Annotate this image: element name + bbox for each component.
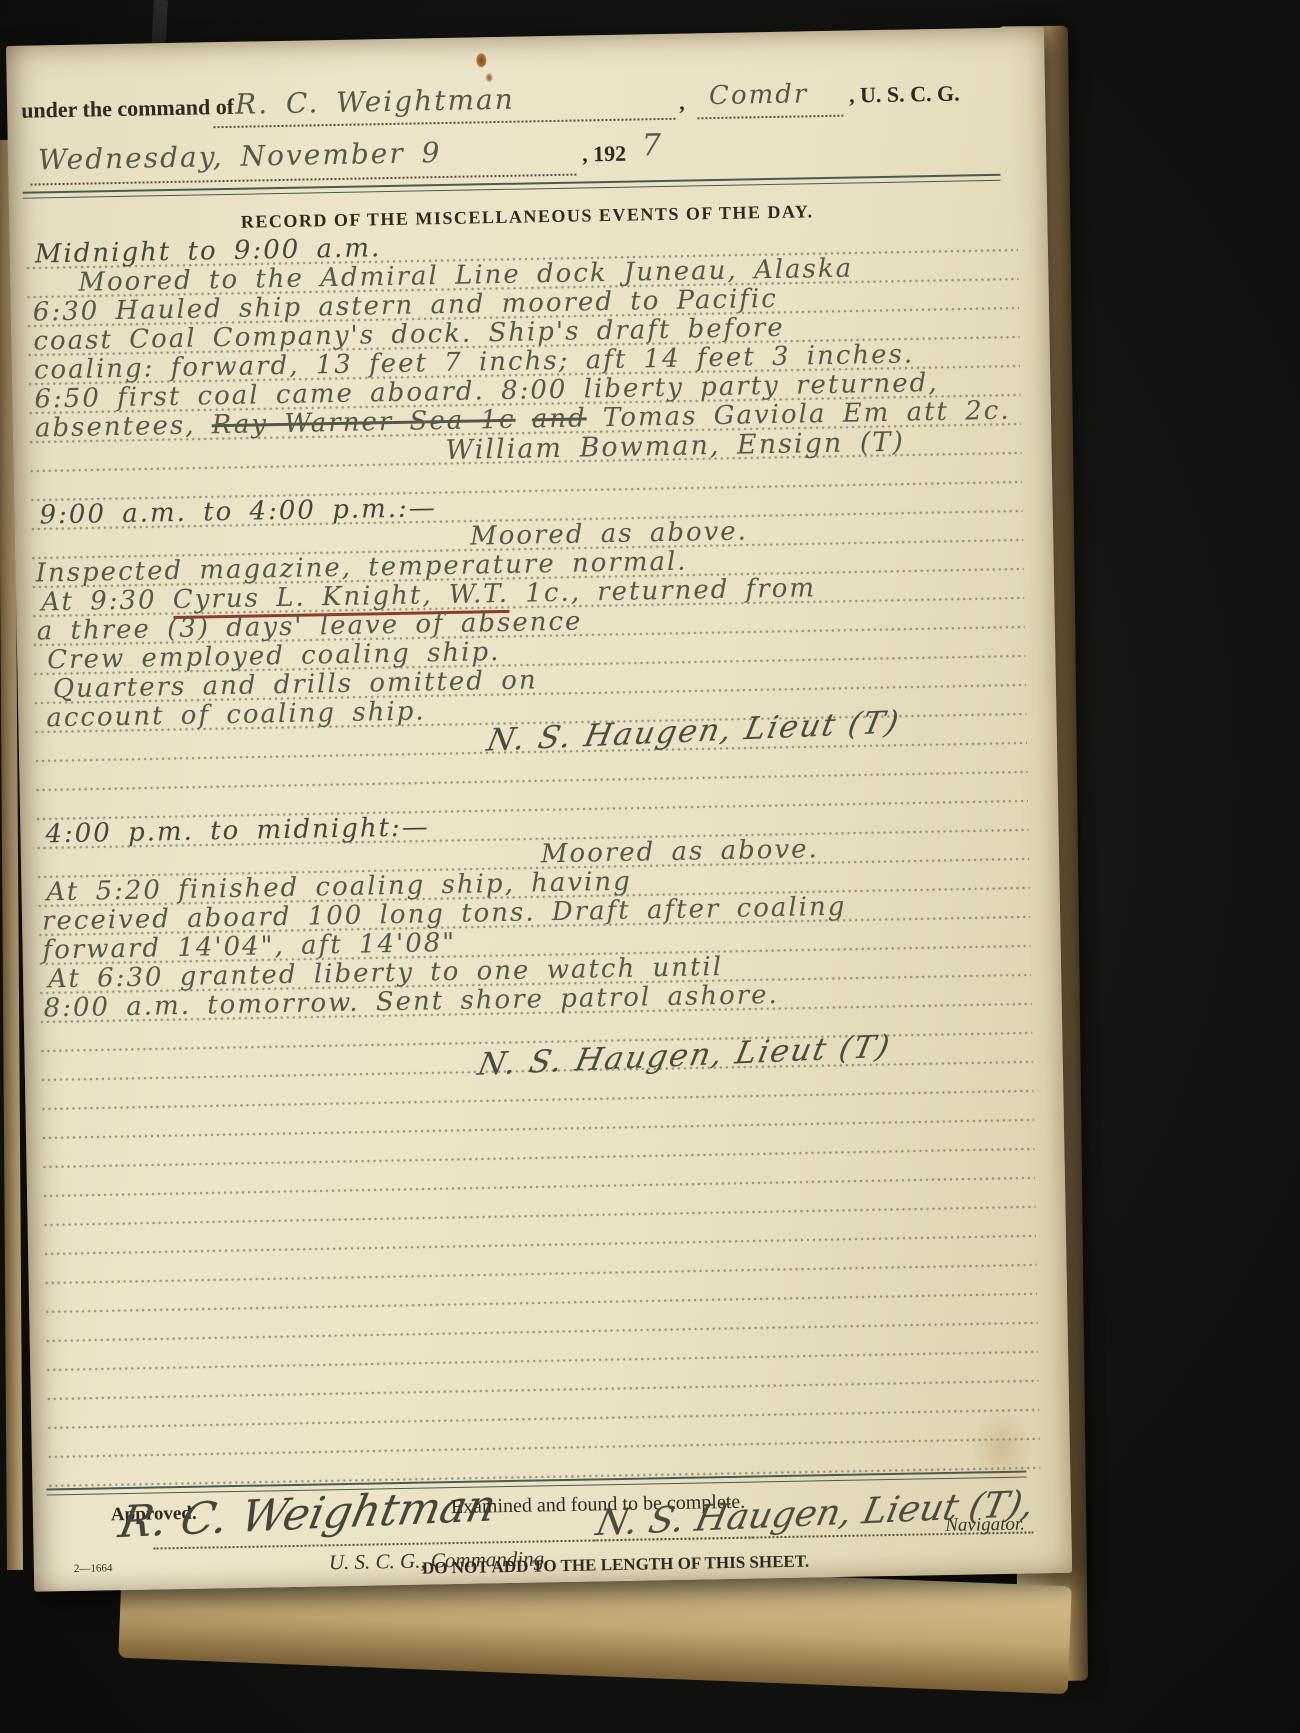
year-printed: , 192 [582,141,626,168]
log-date: Wednesday, November 9 [38,136,442,176]
line-suffix: 1c., returned from [509,573,816,609]
absentees-prefix: absentees, [35,410,212,443]
form-number: 2—1664 [74,1562,113,1575]
command-prefix: under the command of [21,94,234,124]
line-prefix: At 9:30 [41,585,173,617]
printed-comma: , [679,90,685,116]
navigator-label: Navigator. [945,1514,1025,1537]
page-title: RECORD OF THE MISCELLANEOUS EVENTS OF TH… [9,197,1045,237]
log-line: Moored as above. [541,834,819,869]
rank-underline [697,115,843,120]
scanned-page-background: under the command of R. C. Weightman , C… [0,0,1300,1733]
service-name: , U. S. C. G. [849,81,960,109]
log-line: Moored as above. [470,516,748,551]
commander-rank: Comdr [709,79,809,111]
stain [476,53,486,67]
logbook-sheet: under the command of R. C. Weightman , C… [6,27,1072,1592]
stain [486,73,493,82]
year-digit: 7 [642,128,664,163]
header-double-rule [23,174,1001,199]
strikethrough-text: and [532,403,587,434]
commander-name: R. C. Weightman [235,83,515,121]
